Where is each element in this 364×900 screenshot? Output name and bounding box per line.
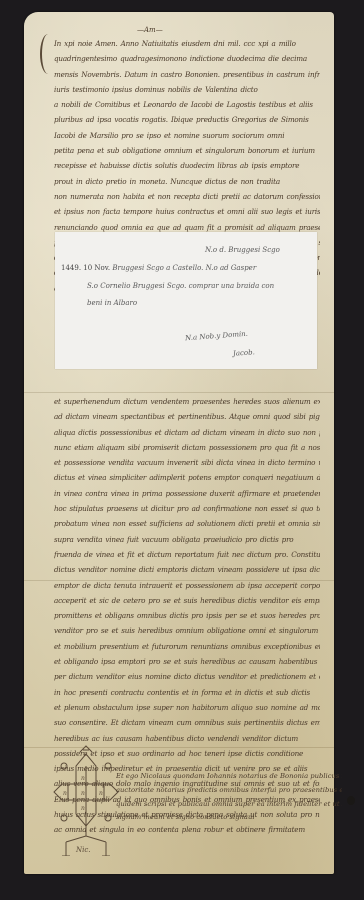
manuscript-line: et superhenendum dictum vendentem praese… — [54, 394, 320, 409]
manuscript-line: mensis Novembris. Datum in castro Bononi… — [54, 67, 320, 82]
manuscript-line: ad dictam vineam spectantibus et pertine… — [54, 409, 320, 424]
manuscript-line: prout in dicto pretio in moneta. Nuncque… — [54, 174, 320, 189]
manuscript-line: recepisse et habuisse dictis solutis duo… — [54, 158, 320, 173]
manuscript-line: et possessione vendita vacuum invenerit … — [54, 455, 320, 470]
note-line-4: beni in Albaro — [87, 299, 137, 307]
manuscript-line: signum meum et signo consueto signaui — [116, 811, 342, 825]
manuscript-line: a nobili de Comitibus et Leonardo de Iac… — [54, 97, 320, 112]
manuscript-line: acceperit et sic de cetero pro se et sui… — [54, 593, 320, 608]
manuscript-line: et ipsius non facta tempore huius contra… — [54, 204, 320, 219]
punch-hole — [347, 796, 355, 805]
manuscript-line: et obligando ipsa emptori pro se et suis… — [54, 654, 320, 669]
svg-text:n: n — [81, 790, 85, 797]
manuscript-line: in vinea contra vinea in prima possessio… — [54, 486, 320, 501]
manuscript-line: auctoritate notarius predictis omnibus i… — [116, 784, 342, 798]
manuscript-line: emptor de dicta tenuta intrauerit et pos… — [54, 578, 320, 593]
notary-subscription: Et ego Nicolaus quondam Iohannis notariu… — [116, 770, 342, 825]
manuscript-line: per dictum venditor eius nomine dicto di… — [54, 669, 320, 684]
manuscript-line: dictus et vinea simpliciter adimplerit p… — [54, 470, 320, 485]
manuscript-line: venditor pro se et suis heredibus omnium… — [54, 623, 320, 638]
manuscript-line: suo consentire. Et dictam vineam cum omn… — [54, 715, 320, 730]
manuscript-line: in hoc presenti contractu contentis et i… — [54, 685, 320, 700]
manuscript-line: hoc stipulatus praesens ut dicitur pro a… — [54, 501, 320, 516]
manuscript-line: Iacobi de Marsilio pro se ipso et nomine… — [54, 128, 320, 143]
manuscript-line: iuris testimonio ipsius dominus nobilis … — [54, 82, 320, 97]
svg-text:n: n — [81, 805, 85, 812]
manuscript-line: fruenda de vinea et fit et dictum report… — [54, 547, 320, 562]
manuscript-line: pluribus ad ipsa vocatis rogatis. Ibique… — [54, 112, 320, 127]
note-date-value: 1449. 10 Nov. — [61, 264, 110, 272]
note-header: N.o d. Bruggesi Scgo — [205, 246, 280, 254]
svg-text:n: n — [63, 790, 67, 797]
manuscript-line: dictus venditor nomine dicti emptoris di… — [54, 562, 320, 577]
notary-sign-icon: n n n n n Nic. — [50, 744, 122, 856]
note-signature-2: Jacob. — [233, 348, 255, 358]
manuscript-line: et plenum obstaculum ipse super non habi… — [54, 700, 320, 715]
manuscript-line: quadringentesimo quadragesimonono indict… — [54, 51, 320, 66]
note-signature-1: N.a Nob.y Domin. — [185, 330, 248, 342]
manuscript-line: promittens et obligans omnibus dictis pr… — [54, 608, 320, 623]
svg-text:n: n — [81, 775, 85, 782]
manuscript-line: aliqua dictis possessionibus et dictam a… — [54, 425, 320, 440]
fold-line — [24, 392, 334, 393]
note-line-2: Bruggesi Scgo a Castello. N.o ad Gasper — [112, 264, 256, 272]
parchment-sheet: —Am— In xpi noie Amen. Anno Natiuitatis … — [24, 12, 334, 874]
archival-note: N.o d. Bruggesi Scgo 1449. 10 Nov. Brugg… — [55, 232, 317, 369]
manuscript-line: nunc etiam aliquam sibi promiserit dicta… — [54, 440, 320, 455]
note-date: 1449. 10 Nov. Bruggesi Scgo a Castello. … — [61, 264, 256, 272]
manuscript-line: et mobilium presentium et futurorum renu… — [54, 639, 320, 654]
manuscript-line: petita pena et sub obligatione omnium et… — [54, 143, 320, 158]
manuscript-line: In xpi noie Amen. Anno Natiuitatis eiusd… — [54, 36, 320, 51]
manuscript-line: non numerata non habita et non recepta d… — [54, 189, 320, 204]
manuscript-line: Et ego Nicolaus quondam Iohannis notariu… — [116, 770, 342, 784]
manuscript-line: probatum vinea non esset sufficiens ad s… — [54, 516, 320, 531]
manuscript-line: supra vendita vinea fuit vacuum obligata… — [54, 532, 320, 547]
manuscript-line: quidem scripsi et publicaui omnia super … — [116, 798, 342, 812]
svg-text:Nic.: Nic. — [75, 846, 91, 854]
note-line-3: S.o Cornelio Bruggesi Scgo. comprar una … — [87, 282, 274, 290]
heading-mark: —Am— — [137, 26, 163, 34]
svg-text:n: n — [99, 790, 103, 797]
